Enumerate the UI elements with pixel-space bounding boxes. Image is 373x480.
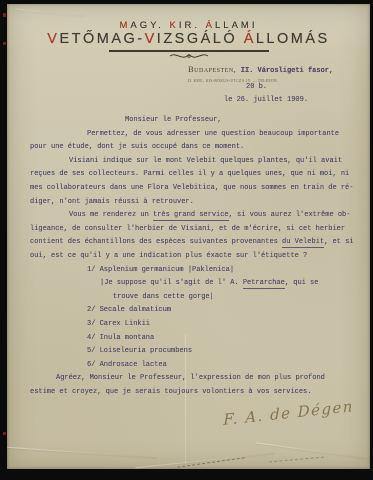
letterhead-initial-red: V bbox=[47, 31, 59, 47]
letter-text: Permettez, de vous adresser une question… bbox=[87, 130, 339, 138]
letter-line: 4/ Inula montana bbox=[30, 332, 370, 346]
letter-text: diger, n'ont jamais réussi à retrouver. bbox=[30, 198, 194, 206]
letter-line: Permettez, de vous adresser une question… bbox=[30, 128, 370, 142]
letterhead-initial-red: Á bbox=[244, 31, 256, 47]
letter-line: 6/ Androsace lactea bbox=[30, 359, 370, 373]
typed-house-number: 20 b. bbox=[246, 83, 333, 91]
underlined-text: Petrarchae bbox=[243, 279, 285, 289]
letterhead-line1: MAGY. KIR. ÁLLAMI bbox=[7, 20, 370, 31]
paper-crease bbox=[7, 447, 157, 458]
letter-line: 3/ Carex Linkii bbox=[30, 318, 370, 332]
letterhead-text: LLAMI bbox=[215, 20, 257, 31]
letter-line: 5/ Loiseleuria procumbens bbox=[30, 345, 370, 359]
letter-text: , si vous aurez l'extrême ob- bbox=[229, 211, 351, 219]
letter-line: |Je suppose qu'il s'agit de l' A. Petrar… bbox=[30, 277, 370, 291]
paper-crease bbox=[15, 8, 85, 16]
paper-crease bbox=[135, 453, 274, 469]
signature: F. A. de Dégen bbox=[223, 397, 354, 429]
letter-text: Vous me renderez un bbox=[69, 211, 153, 219]
letter-line: 1/ Asplenium germanicum |Paklenica| bbox=[30, 264, 370, 278]
letter-line: oui, est ce qu'il y a une indication plu… bbox=[30, 250, 370, 264]
letter-line: Visiani indique sur le mont Velebit quel… bbox=[30, 155, 370, 169]
scanned-letter: MAGY. KIR. ÁLLAMI VETŐMAG-VIZSGÁLÓ ÁLLOM… bbox=[0, 0, 373, 480]
letter-body: Monsieur le Professeur,Permettez, de vou… bbox=[30, 114, 370, 399]
letter-text: 3/ Carex Linkii bbox=[87, 320, 150, 328]
letter-text: 2/ Secale dalmaticum bbox=[87, 306, 171, 314]
letterhead-line2: VETŐMAG-VIZSGÁLÓ ÁLLOMÁS bbox=[7, 32, 370, 47]
letter-line: reçues de ses collecteurs. Parmi celles … bbox=[30, 168, 370, 182]
letter-text: , et si bbox=[324, 238, 353, 246]
letterhead-text: AGY. bbox=[130, 20, 169, 31]
letter-line: diger, n'ont jamais réussi à retrouver. bbox=[30, 196, 370, 210]
scan-artifact bbox=[3, 432, 6, 435]
letter-text: oui, est ce qu'il y a une indication plu… bbox=[30, 252, 307, 260]
scan-artifact bbox=[3, 13, 6, 17]
letter-text: 4/ Inula montana bbox=[87, 334, 154, 342]
letter-text: 6/ Androsace lactea bbox=[87, 361, 167, 369]
letterhead-text: IZSGÁLÓ bbox=[157, 31, 244, 47]
letterhead: MAGY. KIR. ÁLLAMI VETŐMAG-VIZSGÁLÓ ÁLLOM… bbox=[7, 20, 370, 61]
underlined-text: du Velebit bbox=[282, 238, 324, 248]
letter-paper: MAGY. KIR. ÁLLAMI VETŐMAG-VIZSGÁLÓ ÁLLOM… bbox=[7, 4, 370, 469]
letter-line: Monsieur le Professeur, bbox=[30, 114, 370, 128]
letter-line: contient des échantillons des espèces su… bbox=[30, 236, 370, 250]
letter-text: contient des échantillons des espèces su… bbox=[30, 238, 282, 246]
letter-text: estime et croyez, que je serais toujours… bbox=[30, 388, 311, 396]
letter-text: Monsieur le Professeur, bbox=[125, 116, 222, 124]
letter-line: mes collaborateurs dans une Flora Velebi… bbox=[30, 182, 370, 196]
letter-text: mes collaborateurs dans une Flora Velebi… bbox=[30, 184, 353, 192]
letter-text: , qui se bbox=[285, 279, 319, 287]
scan-artifact bbox=[3, 42, 6, 45]
letter-line: pour une étude, dont je suis occupé dans… bbox=[30, 141, 370, 155]
pencil-mark bbox=[269, 457, 324, 463]
letter-line: 2/ Secale dalmaticum bbox=[30, 304, 370, 318]
typed-date: le 26. juillet 1909. bbox=[224, 96, 333, 104]
letterhead-initial-red: K bbox=[170, 20, 179, 31]
typed-street: II. Városligeti fasor, bbox=[241, 67, 333, 75]
letter-line: estime et croyez, que je serais toujours… bbox=[30, 386, 370, 400]
letter-line: trouve dans cette gorge| bbox=[30, 291, 370, 305]
letter-text: 5/ Loiseleuria procumbens bbox=[87, 347, 192, 355]
letter-text: Visiani indique sur le mont Velebit quel… bbox=[69, 157, 342, 165]
letterhead-initial-red: Á bbox=[206, 20, 215, 31]
letterhead-text: LLOMÁS bbox=[256, 31, 330, 47]
letter-text: 1/ Asplenium germanicum |Paklenica| bbox=[87, 266, 234, 274]
underlined-text: très grand service bbox=[153, 211, 229, 221]
letter-text: reçues de ses collecteurs. Parmi celles … bbox=[30, 170, 349, 178]
letter-text: pour une étude, dont je suis occupé dans… bbox=[30, 143, 244, 151]
letter-text: trouve dans cette gorge| bbox=[113, 293, 214, 301]
letter-line: Vous me renderez un très grand service, … bbox=[30, 209, 370, 223]
address-row: Budapesten, II. Városligeti fasor, bbox=[188, 59, 333, 77]
letterhead-initial-red: V bbox=[145, 31, 157, 47]
letterhead-text: ETŐMAG- bbox=[59, 31, 144, 47]
letterhead-initial-red: M bbox=[120, 20, 131, 31]
printed-city: Budapesten, bbox=[188, 64, 236, 74]
letter-line: Agréez, Monsieur le Professeur, l'expres… bbox=[30, 372, 370, 386]
letter-text: Agréez, Monsieur le Professeur, l'expres… bbox=[56, 374, 325, 382]
letter-line: ligeance, de consulter l'herbier de Visi… bbox=[30, 223, 370, 237]
paper-crease bbox=[255, 442, 366, 459]
letter-text: |Je suppose qu'il s'agit de l' A. bbox=[100, 279, 243, 287]
letterhead-text: IR. bbox=[179, 20, 206, 31]
address-block: Budapesten, II. Városligeti fasor, II. K… bbox=[188, 59, 333, 104]
letter-text: ligeance, de consulter l'herbier de Visi… bbox=[30, 225, 345, 233]
